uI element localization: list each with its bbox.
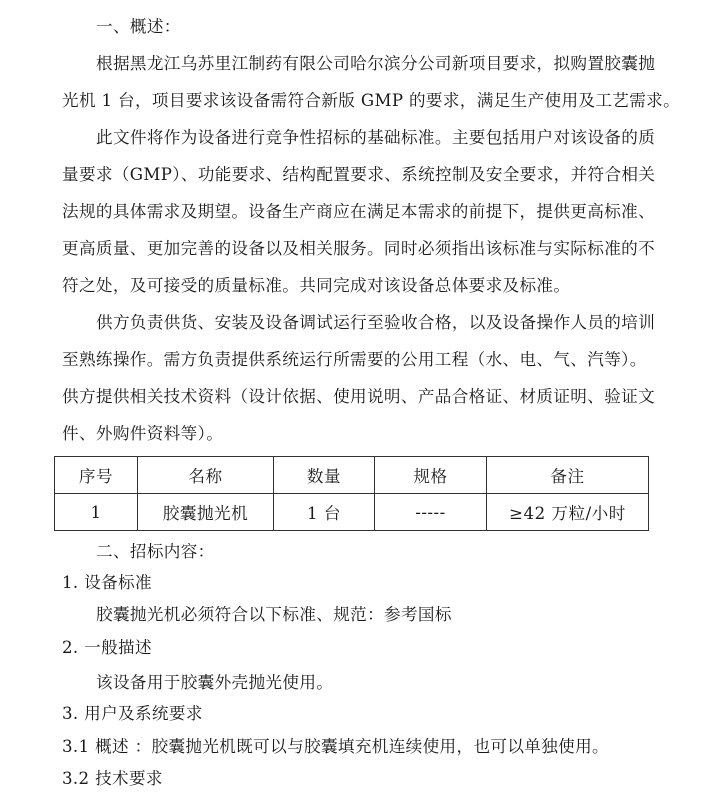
cell-spec: ----- — [375, 494, 487, 531]
item-2-body: 该设备用于胶囊外壳抛光使用。 — [96, 672, 333, 694]
item-1-title: 1. 设备标准 — [62, 572, 152, 594]
header-cell-quantity: 数量 — [274, 457, 375, 494]
table-row: 1 胶囊抛光机 1 台 ----- ≥42 万粒/小时 — [55, 494, 649, 531]
paragraph-2-line-3: 法规的具体需求及期望。设备生产商应在满足本需求的前提下，提供更高标准、 — [62, 201, 655, 223]
equipment-table: 序号 名称 数量 规格 备注 1 胶囊抛光机 1 台 ----- ≥42 万粒/… — [54, 456, 649, 531]
item-3-title: 3. 用户及系统要求 — [62, 703, 203, 725]
header-cell-index: 序号 — [55, 457, 138, 494]
header-cell-remarks: 备注 — [487, 457, 649, 494]
item-3-1-title: 3.1 概述 ：胶囊抛光机既可以与胶囊填充机连续使用，也可以单独使用。 — [62, 736, 609, 758]
paragraph-2-line-2: 量要求（GMP）、功能要求、结构配置要求、系统控制及安全要求，并符合相关 — [62, 164, 655, 186]
paragraph-3-line-2: 至熟练操作。需方负责提供系统运行所需要的公用工程（水、电、气、汽等）。 — [62, 349, 647, 371]
item-3-2-title: 3.2 技术要求 — [62, 768, 163, 790]
cell-name: 胶囊抛光机 — [138, 494, 274, 531]
cell-remarks: ≥42 万粒/小时 — [487, 494, 649, 531]
item-1-body: 胶囊抛光机必须符合以下标准、规范：参考国标 — [96, 604, 452, 626]
paragraph-1-line-1: 根据黑龙江乌苏里江制药有限公司哈尔滨分公司新项目要求，拟购置胶囊抛 — [96, 53, 655, 75]
cell-quantity: 1 台 — [274, 494, 375, 531]
header-cell-name: 名称 — [138, 457, 274, 494]
item-2-title: 2. 一般描述 — [62, 637, 152, 659]
paragraph-3-line-3: 供方提供相关技术资料（设计依据、使用说明、产品合格证、材质证明、验证文 — [62, 386, 655, 408]
paragraph-2-line-1: 此文件将作为设备进行竞争性招标的基础标准。主要包括用户对该设备的质 — [96, 127, 655, 149]
header-cell-spec: 规格 — [375, 457, 487, 494]
paragraph-1-line-2: 光机 1 台，项目要求该设备需符合新版 GMP 的要求，满足生产使用及工艺需求。 — [62, 90, 680, 112]
section-2-heading: 二、招标内容： — [96, 541, 215, 563]
section-1-heading: 一、概述： — [96, 16, 181, 38]
paragraph-2-line-5: 符之处，及可接受的质量标准。共同完成对该设备总体要求及标准。 — [62, 275, 570, 297]
paragraph-3-line-1: 供方负责供货、安装及设备调试运行至验收合格，以及设备操作人员的培训 — [96, 312, 655, 334]
paragraph-3-line-4: 件、外购件资料等）。 — [62, 423, 223, 445]
cell-index: 1 — [55, 494, 138, 531]
table-header-row: 序号 名称 数量 规格 备注 — [55, 457, 649, 494]
paragraph-2-line-4: 更高质量、更加完善的设备以及相关服务。同时必须指出该标准与实际标准的不 — [62, 238, 655, 260]
